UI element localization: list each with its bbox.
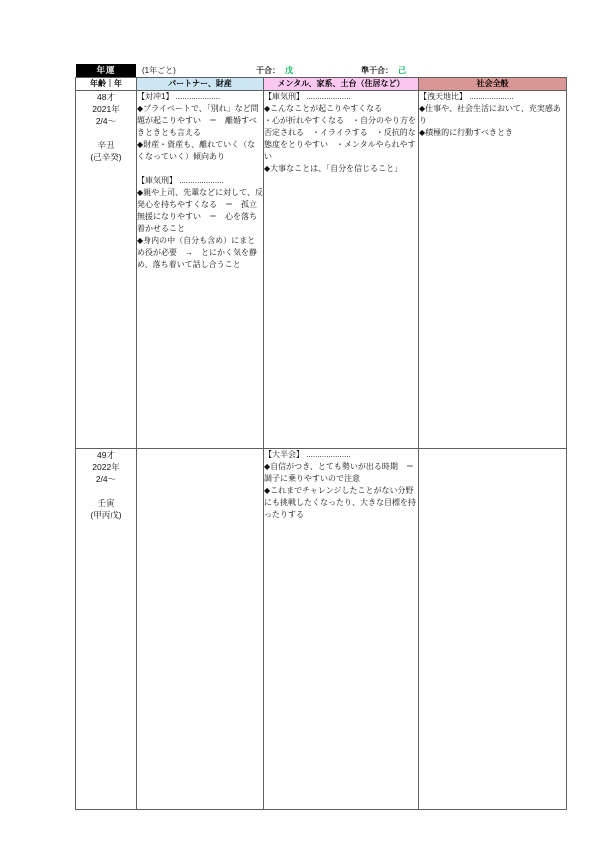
kango-value: 戊 — [285, 66, 293, 75]
fortune-sheet: 年運 (1年ごと) 干合：戊 準干合：己 年齢｜年 パートナー、財産 メンタル、… — [0, 0, 600, 849]
mental-cell-2022: 【大半会】 .................... ◆自信がつき、とても勢いが… — [264, 449, 419, 810]
column-header-social: 社会全般 — [419, 78, 567, 91]
yearly-fortune-table: 年齢｜年 パートナー、財産 メンタル、家系、土台（住居など） 社会全般 48才 … — [75, 77, 567, 810]
age-year-cell-2022: 49才 2022年 2/4～ 壬寅 (甲丙戊) — [76, 449, 137, 810]
partner-cell-2022 — [137, 449, 264, 810]
social-cell-2022 — [419, 449, 567, 810]
table-row-2021: 48才 2021年 2/4～ 辛丑 (己辛癸) 【対冲1】 ..........… — [76, 91, 567, 449]
title-strip: 年運 (1年ごと) 干合：戊 準干合：己 — [0, 64, 600, 77]
table-row-2022: 49才 2022年 2/4～ 壬寅 (甲丙戊) 【大半会】 ..........… — [76, 449, 567, 810]
period-note: (1年ごと) — [142, 64, 176, 77]
kango-group: 干合：戊 — [256, 64, 293, 77]
jun-kango-value: 己 — [398, 66, 406, 75]
column-header-partner: パートナー、財産 — [137, 78, 264, 91]
table-header-row: 年齢｜年 パートナー、財産 メンタル、家系、土台（住居など） 社会全般 — [76, 78, 567, 91]
mental-cell-2021: 【庫気刑】 .................... ◆こんなことが起こりやすく… — [264, 91, 419, 449]
jun-kango-group: 準干合：己 — [361, 64, 406, 77]
age-year-cell-2021: 48才 2021年 2/4～ 辛丑 (己辛癸) — [76, 91, 137, 449]
column-header-age: 年齢｜年 — [76, 78, 137, 91]
jun-kango-label: 準干合： — [361, 66, 393, 75]
year-fortune-tag: 年運 — [76, 64, 136, 77]
social-cell-2021: 【洩天地比】 .................... ◆仕事や、社会生活におい… — [419, 91, 567, 449]
partner-cell-2021: 【対冲1】 .................... ◆プライベートで、「別れ」… — [137, 91, 264, 449]
column-header-mental: メンタル、家系、土台（住居など） — [264, 78, 419, 91]
kango-label: 干合： — [256, 66, 280, 75]
